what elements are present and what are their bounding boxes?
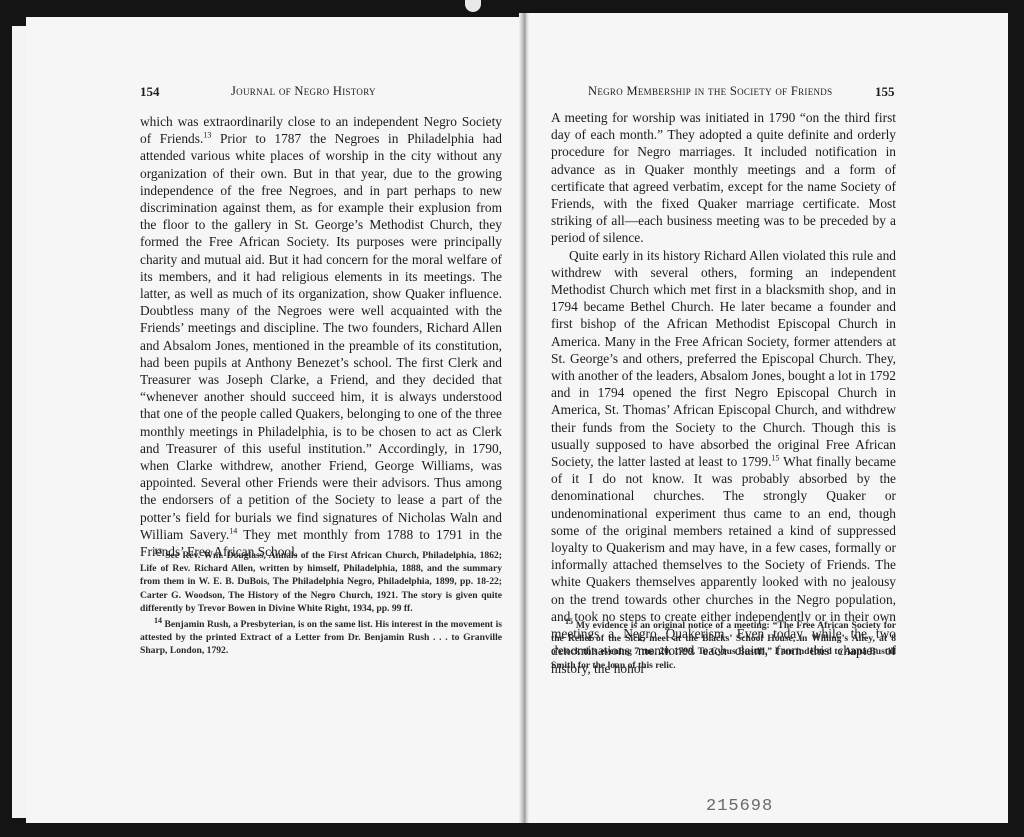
footnote-14: 14 Benjamin Rush, a Presbyterian, is on … — [140, 618, 502, 658]
accession-stamp: 215698 — [706, 797, 773, 816]
left-page: 154 Journal of Negro History which was e… — [26, 17, 522, 823]
paragraph-1: A meeting for worship was initiated in 1… — [551, 109, 896, 247]
body-text-right: A meeting for worship was initiated in 1… — [551, 109, 896, 677]
footnotes-left: 13 See Rev. Wm. Douglass, Annals of the … — [140, 549, 502, 658]
footnote-13: 13 See Rev. Wm. Douglass, Annals of the … — [140, 549, 502, 615]
running-head-left: Journal of Negro History — [231, 84, 376, 99]
book-gutter — [519, 13, 529, 823]
footnote-15: 15 My evidence is an original notice of … — [551, 619, 896, 672]
scanner-clip — [465, 0, 481, 12]
paragraph-2: Quite early in its history Richard Allen… — [551, 247, 896, 677]
body-text-left: which was extraordinarily close to an in… — [140, 113, 502, 560]
footnotes-right: 15 My evidence is an original notice of … — [551, 619, 896, 672]
paragraph: which was extraordinarily close to an in… — [140, 113, 502, 560]
page-number-left: 154 — [140, 84, 160, 100]
right-page: Negro Membership in the Society of Frien… — [526, 13, 1008, 823]
page-number-right: 155 — [875, 84, 895, 100]
running-head-right: Negro Membership in the Society of Frien… — [588, 84, 832, 99]
